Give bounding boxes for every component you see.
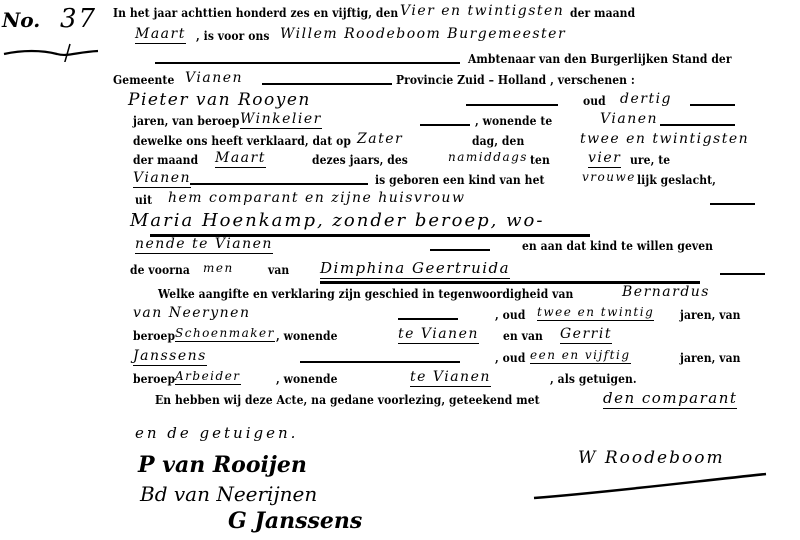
signature-flourish-icon — [530, 470, 770, 500]
handwritten-time-of-day: namiddags — [448, 150, 528, 164]
printed-text: ten — [530, 152, 550, 167]
printed-text: jaren, van — [680, 350, 741, 365]
fill-rule — [660, 124, 735, 126]
signature-witness2: G Janssens — [228, 508, 362, 534]
line-17: Janssens , oud een en vijftig jaren, van — [0, 348, 800, 370]
printed-text: jaren, van — [680, 307, 741, 322]
printed-text: beroep — [133, 328, 175, 343]
fill-rule — [420, 124, 470, 126]
line-12: nende te Vianen en aan dat kind te wille… — [0, 236, 800, 258]
printed-text: , wonende te — [475, 113, 552, 128]
line-3: Ambtenaar van den Burgerlijken Stand der — [0, 49, 800, 71]
printed-text: , oud — [495, 307, 525, 322]
fill-rule — [430, 249, 490, 251]
printed-text: Welke aangifte en verklaring zijn geschi… — [158, 286, 573, 301]
fill-rule — [466, 104, 558, 106]
handwritten-text: nende te Vianen — [135, 236, 273, 254]
line-5: Pieter van Rooyen oud dertig — [0, 91, 800, 113]
handwritten-date: twee en twintigsten — [580, 131, 749, 147]
line-16: beroep Schoenmaker , wonende te Vianen e… — [0, 326, 800, 348]
printed-text: der maand — [570, 5, 635, 20]
line-18: beroep Arbeider , wonende te Vianen , al… — [0, 369, 800, 391]
handwritten-witness1: Bernardus — [622, 284, 710, 300]
handwritten-text: men — [203, 261, 234, 275]
handwritten-witness1-residence: te Vianen — [398, 326, 479, 344]
printed-text: uit — [135, 192, 152, 207]
handwritten-witness1-occupation: Schoenmaker — [175, 326, 275, 342]
printed-text: Ambtenaar van den Burgerlijken Stand der — [468, 51, 732, 66]
handwritten-occupation: Winkelier — [240, 111, 322, 129]
printed-text: beroep — [133, 371, 175, 386]
fill-rule — [398, 318, 458, 320]
printed-text: oud — [583, 93, 606, 108]
handwritten-father-age: dertig — [620, 91, 672, 107]
fill-rule — [190, 183, 368, 185]
printed-text: , wonende — [276, 371, 338, 386]
printed-text: lijk geslacht, — [637, 172, 716, 187]
handwritten-text: hem comparant en zijne huisvrouw — [168, 190, 465, 206]
printed-text: is geboren een kind van het — [375, 172, 545, 187]
birth-certificate-scan: No. 37 In het jaar achttien honderd zes … — [0, 0, 800, 540]
signature-witness1: Bd van Neerijnen — [140, 482, 317, 506]
handwritten-witness1-surname: van Neerynen — [133, 305, 250, 321]
printed-text: en aan dat kind te willen geven — [522, 238, 713, 253]
handwritten-witness2: Gerrit — [560, 326, 612, 344]
printed-text: jaren, van beroep — [133, 113, 239, 128]
printed-text: van — [268, 262, 289, 277]
printed-text: Gemeente — [113, 72, 174, 87]
line-15: van Neerynen , oud twee en twintig jaren… — [0, 305, 800, 327]
line-11: Maria Hoenkamp, zonder beroep, wo- — [0, 212, 800, 234]
printed-text: Provincie Zuid – Holland , verschenen : — [396, 72, 635, 87]
printed-text: der maand — [133, 152, 198, 167]
handwritten-witness2-surname: Janssens — [133, 348, 207, 366]
handwritten-child-names: Dimphina Geertruida — [320, 259, 510, 279]
signature-official: W Roodeboom — [578, 448, 725, 468]
line-10: uit hem comparant en zijne huisvrouw — [0, 190, 800, 212]
printed-text: de voorna — [130, 262, 190, 277]
line-13: de voorna men van Dimphina Geertruida — [0, 260, 800, 282]
handwritten-residence: Vianen — [600, 111, 658, 127]
fill-rule — [300, 361, 460, 363]
handwritten-day: Vier en twintigsten — [400, 3, 560, 19]
fill-rule — [155, 62, 460, 64]
printed-text: dag, den — [472, 133, 524, 148]
line-4: Gemeente Vianen Provincie Zuid – Holland… — [0, 70, 800, 92]
printed-text: dewelke ons heeft verklaard, dat op — [133, 133, 351, 148]
handwritten-text: den comparant — [603, 389, 737, 409]
printed-text: , wonende — [276, 328, 338, 343]
printed-text: , oud — [495, 350, 525, 365]
fill-rule — [262, 83, 392, 85]
printed-text: En hebben wij deze Acte, na gedane voorl… — [155, 392, 540, 407]
printed-text: , als getuigen. — [550, 371, 637, 386]
handwritten-sex: vrouwe — [582, 170, 636, 184]
line-14: Welke aangifte en verklaring zijn geschi… — [0, 284, 800, 306]
handwritten-municipality: Vianen — [185, 70, 243, 86]
handwritten-father-name: Pieter van Rooyen — [128, 90, 311, 110]
line-19: En hebben wij deze Acte, na gedane voorl… — [0, 390, 800, 412]
handwritten-hour: vier — [588, 150, 621, 168]
printed-text: In het jaar achttien honderd zes en vijf… — [113, 5, 398, 20]
printed-text: en van — [503, 328, 543, 343]
handwritten-month: Maart — [135, 26, 186, 44]
handwritten-birth-place: Vianen — [133, 170, 191, 188]
fill-rule — [720, 273, 765, 275]
line-8: der maand Maart dezes jaars, des namidda… — [0, 150, 800, 172]
line-6: jaren, van beroep Winkelier , wonende te… — [0, 111, 800, 133]
printed-text: dezes jaars, des — [312, 152, 408, 167]
handwritten-witness2-age: een en vijftig — [530, 348, 631, 364]
line-2: Maart , is voor ons Willem Roodeboom Bur… — [0, 26, 800, 48]
signature-father: P van Rooijen — [138, 452, 307, 478]
fill-rule — [690, 104, 735, 106]
printed-text: , is voor ons — [196, 28, 270, 43]
fill-rule — [710, 203, 755, 205]
handwritten-witness2-residence: te Vianen — [410, 369, 491, 387]
handwritten-mother: Maria Hoenkamp, zonder beroep, wo- — [130, 210, 544, 231]
handwritten-month: Maart — [215, 150, 266, 168]
signature-note: en de getuigen. — [135, 424, 298, 442]
printed-text: ure, te — [630, 152, 670, 167]
handwritten-official: Willem Roodeboom Burgemeester — [280, 26, 566, 42]
handwritten-weekday: Zater — [357, 131, 403, 147]
handwritten-witness2-occupation: Arbeider — [175, 369, 241, 385]
line-1: In het jaar achttien honderd zes en vijf… — [0, 3, 800, 25]
line-9: Vianen is geboren een kind van het vrouw… — [0, 170, 800, 192]
handwritten-witness1-age: twee en twintig — [537, 305, 654, 321]
